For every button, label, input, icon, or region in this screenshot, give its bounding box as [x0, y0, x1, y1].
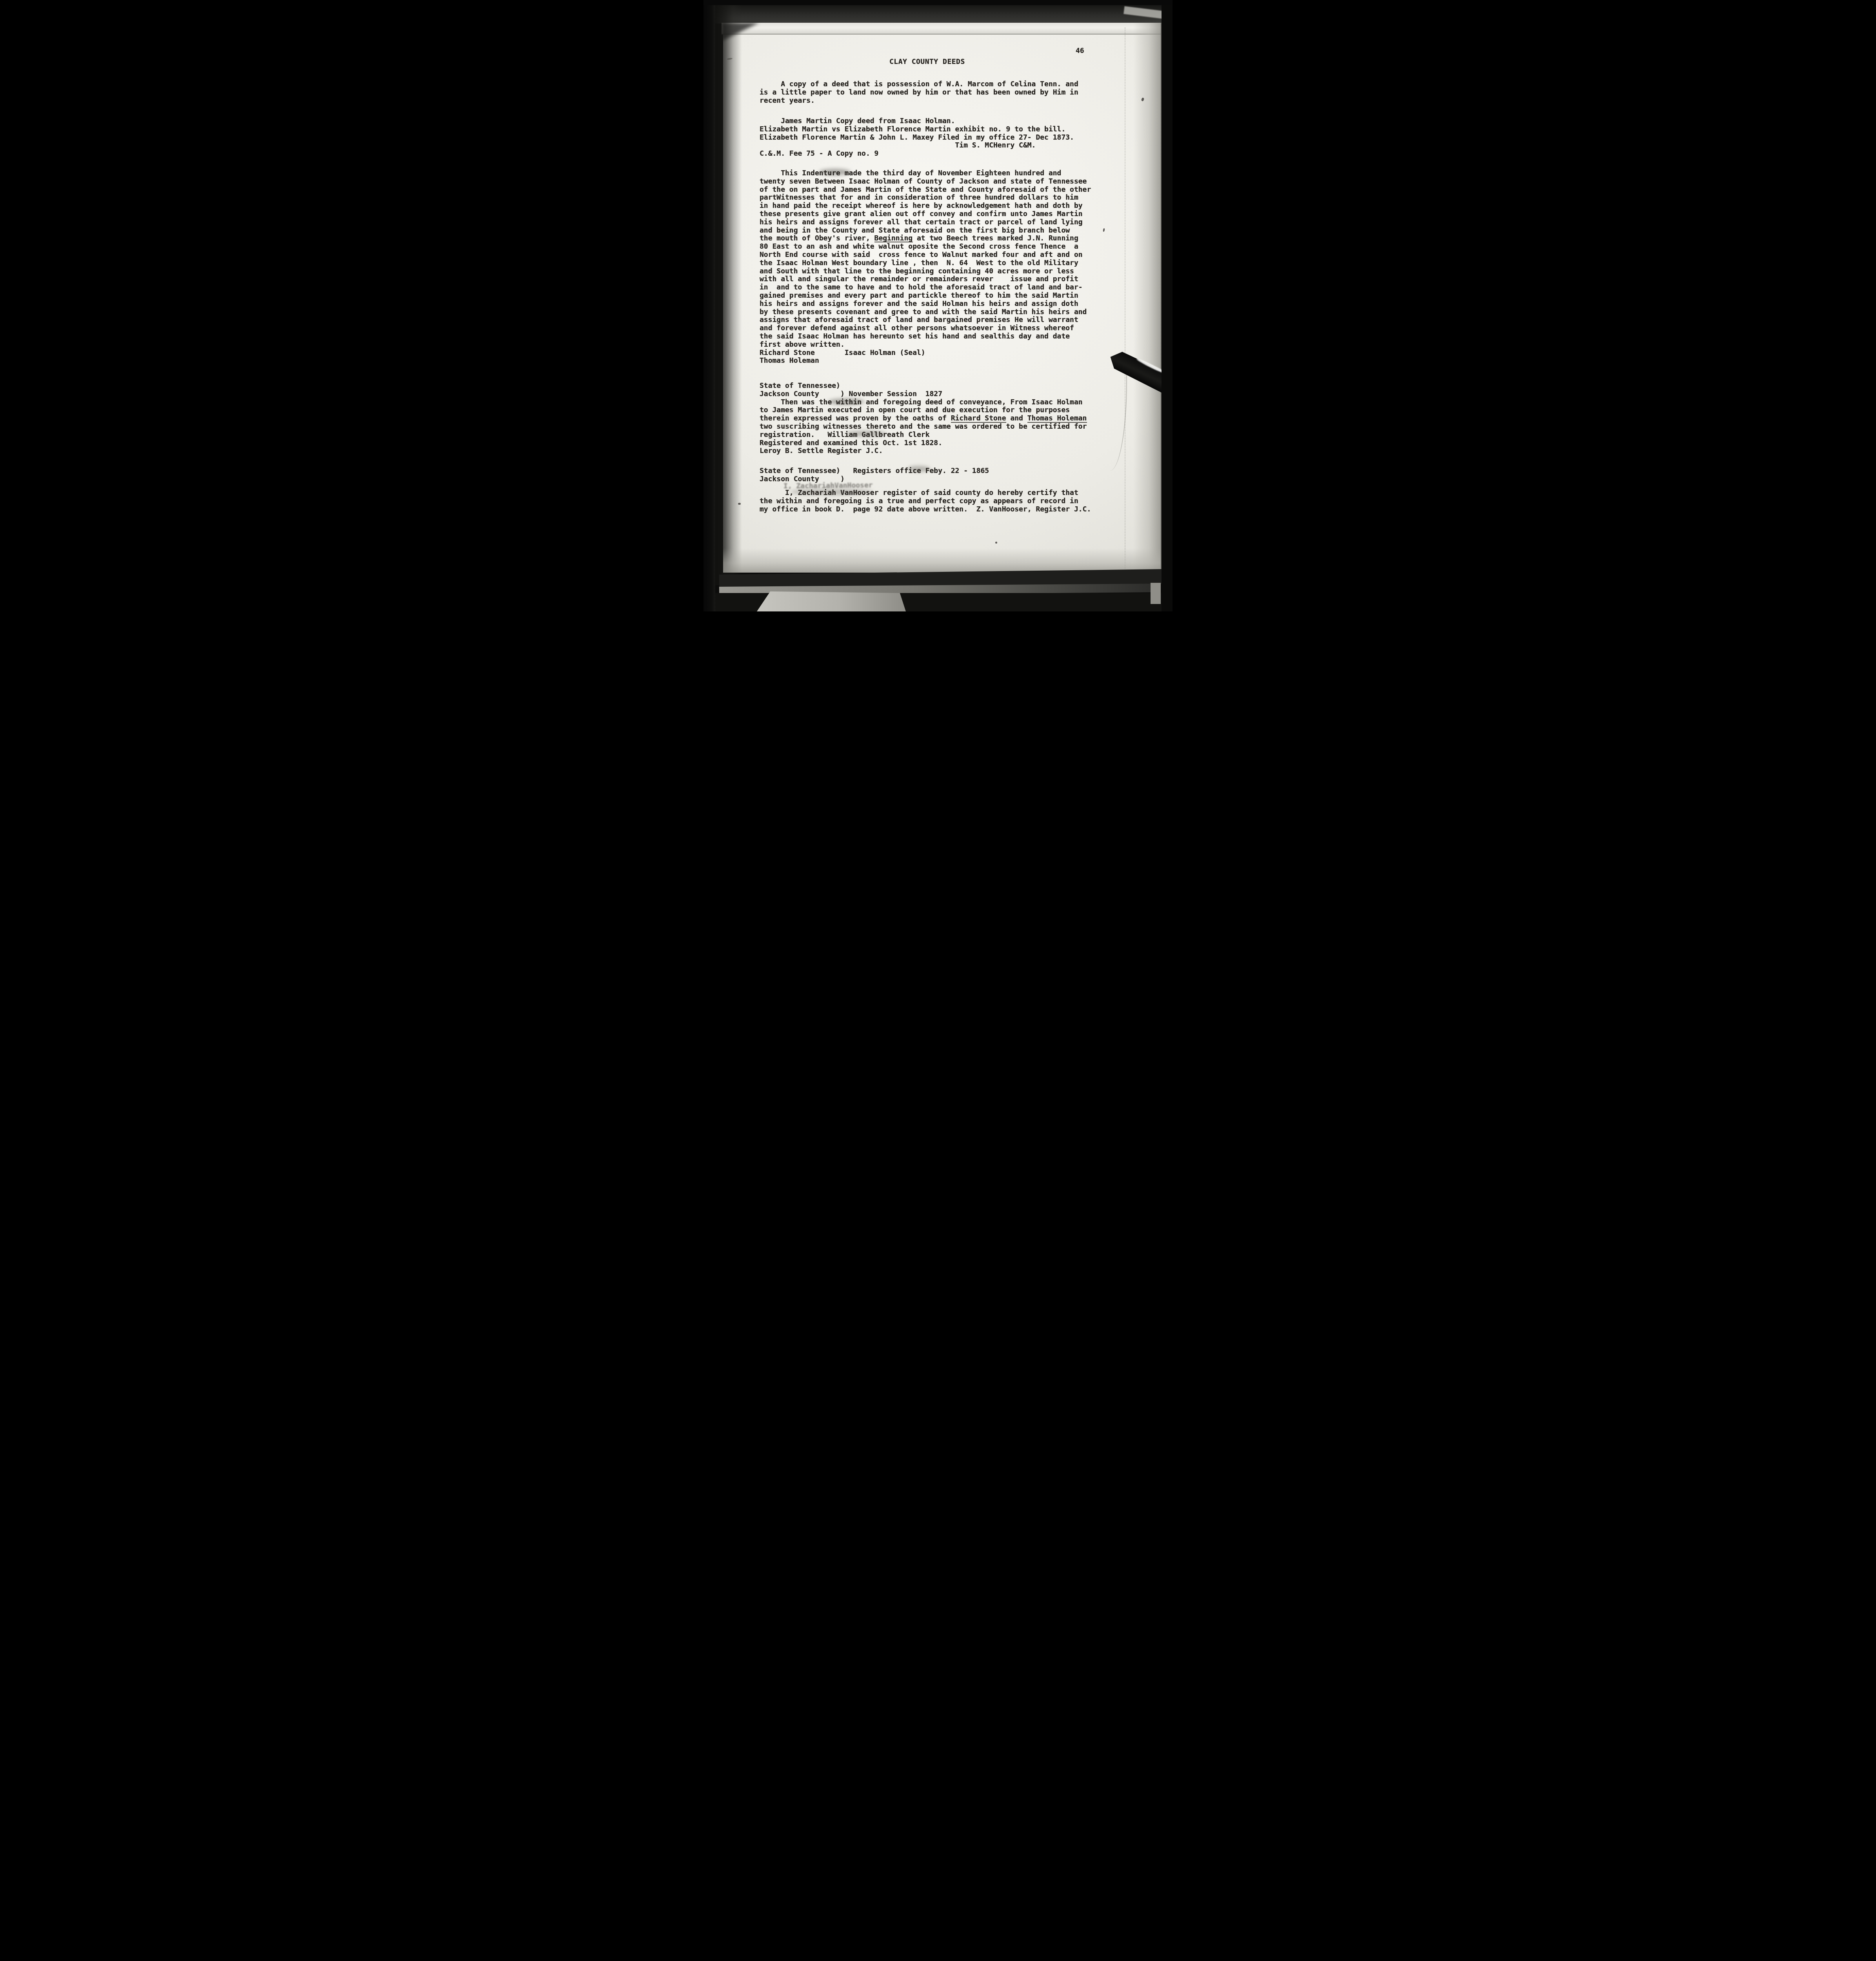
ink-smudge-indenture	[819, 169, 851, 175]
underline-beginning	[874, 242, 913, 242]
sheet-notch	[1151, 583, 1161, 604]
ink-smudge-office	[907, 466, 930, 472]
underline-richard-stone	[951, 422, 1006, 423]
filing-note-block: James Martin Copy deed from Isaac Holman…	[760, 117, 1074, 158]
film-frame-right	[1162, 0, 1172, 611]
protruding-sheet	[757, 591, 906, 611]
film-frame-top	[703, 0, 1172, 5]
ink-smudge-within	[828, 398, 864, 405]
court-session-block: State of Tennessee) Jackson County ) Nov…	[760, 382, 1087, 455]
scanned-deed-photo: 46 CLAY COUNTY DEEDS A copy of a deed th…	[703, 0, 1172, 611]
intro-paragraph: A copy of a deed that is possession of W…	[760, 80, 1078, 105]
film-top-shadow	[714, 5, 1162, 24]
page-title: CLAY COUNTY DEEDS	[889, 58, 965, 66]
film-frame-left	[703, 0, 715, 611]
page-right-grain	[1133, 23, 1162, 580]
dust-speck	[738, 503, 741, 505]
ink-smudge-gallbreath	[845, 431, 886, 437]
sheet-edge-line	[1125, 27, 1126, 569]
underline-thomas-holeman	[1027, 422, 1087, 423]
deed-body-paragraph: This Indenture made the third day of Nov…	[760, 169, 1091, 365]
registers-office-header: State of Tennessee) Registers office Feb…	[760, 467, 989, 484]
page-number: 46	[1076, 47, 1084, 55]
film-left-shadow	[714, 5, 742, 585]
page-bottom-fade	[723, 548, 1161, 573]
ink-smudge-vanhooser	[791, 489, 873, 495]
dust-speck	[995, 542, 997, 544]
page-top-edge	[722, 23, 1161, 35]
